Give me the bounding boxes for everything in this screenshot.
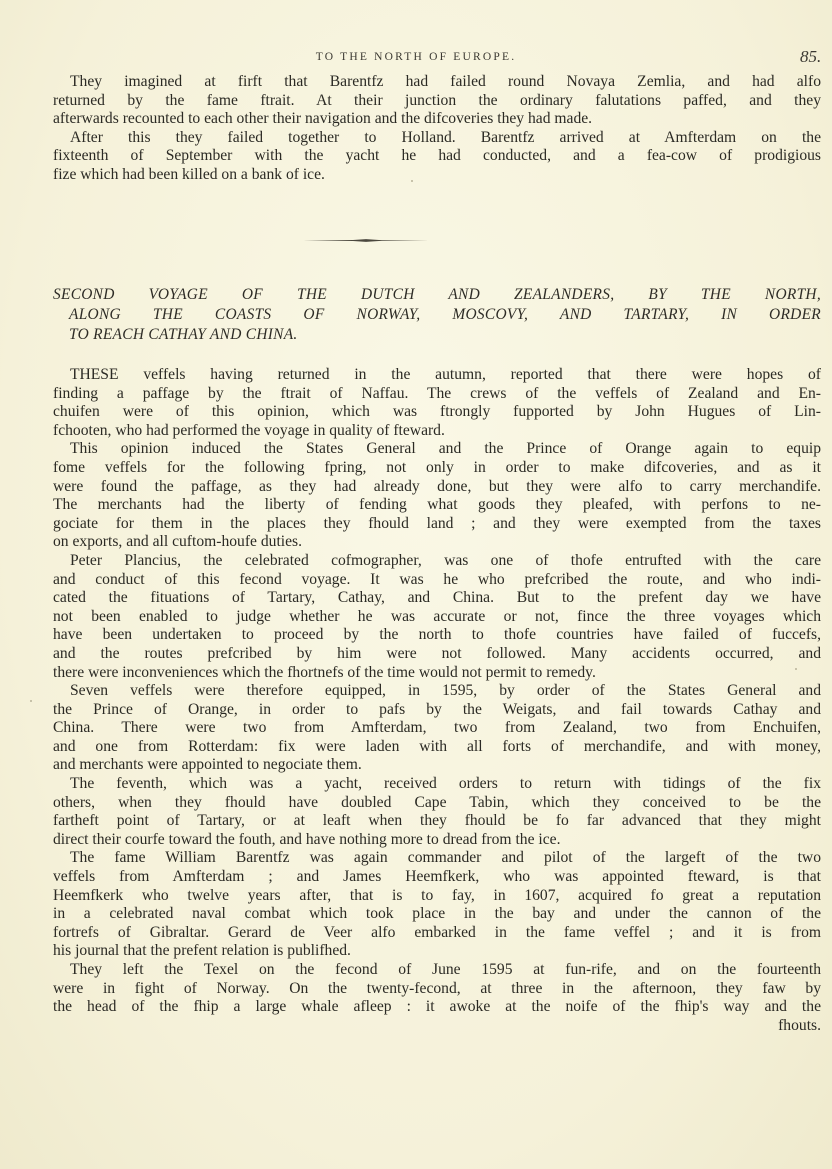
- heading-line: SECOND VOYAGE OF THE DUTCH AND ZEALANDER…: [53, 285, 821, 305]
- text-line: and one from Rotterdam: fix were laden w…: [53, 738, 821, 757]
- paper-speck: [795, 668, 797, 670]
- text-line: veffels from Amfterdam ; and James Heemf…: [53, 868, 821, 887]
- text-line: others, when they fhould have doubled Ca…: [53, 794, 821, 813]
- text-line: the Prince of Orange, in order to pafs b…: [53, 701, 821, 720]
- text-line: Seven veffels were therefore equipped, i…: [53, 682, 821, 701]
- text-line: in a celebrated naval combat which took …: [53, 905, 821, 924]
- text-line: afterwards recounted to each other their…: [53, 110, 821, 129]
- book-page: TO THE NORTH OF EUROPE. 85. They imagine…: [0, 0, 832, 1169]
- text-line: fchooten, who had performed the voyage i…: [53, 422, 821, 441]
- text-line: fortrefs of Gibraltar. Gerard de Veer al…: [53, 924, 821, 943]
- text-line: and conduct of this fecond voyage. It wa…: [53, 571, 821, 590]
- heading-line: ALONG THE COASTS OF NORWAY, MOSCOVY, AND…: [53, 305, 821, 325]
- paper-speck: [411, 180, 413, 182]
- text-line: chuifen were of this opinion, which was …: [53, 403, 821, 422]
- section-heading: SECOND VOYAGE OF THE DUTCH AND ZEALANDER…: [53, 285, 821, 345]
- text-line: gociate for them in the places they fhou…: [53, 515, 821, 534]
- text-line: This opinion induced the States General …: [53, 440, 821, 459]
- text-line: there were inconveniences which the fhor…: [53, 664, 821, 683]
- paper-speck: [30, 700, 32, 702]
- text-line: not been enabled to judge whether he was…: [53, 608, 821, 627]
- text-line: fize which had been killed on a bank of …: [53, 166, 821, 185]
- text-line: THESE veffels having returned in the aut…: [53, 366, 821, 385]
- text-line: Heemfkerk who twelve years after, that i…: [53, 887, 821, 906]
- text-line: have been undertaken to proceed by the n…: [53, 626, 821, 645]
- text-line: They left the Texel on the fecond of Jun…: [53, 961, 821, 980]
- text-line: returned by the fame ftrait. At their ju…: [53, 92, 821, 111]
- text-line: The fame William Barentfz was again comm…: [53, 849, 821, 868]
- text-line: were found the paffage, as they had alre…: [53, 478, 821, 497]
- text-line: on exports, and all cuftom-houfe duties.: [53, 533, 821, 552]
- ornamental-rule-icon: [303, 239, 429, 242]
- heading-line: TO REACH CATHAY AND CHINA.: [53, 325, 821, 345]
- text-line: and the routes prefcribed by him were no…: [53, 645, 821, 664]
- running-head: TO THE NORTH OF EUROPE.: [0, 51, 832, 63]
- text-line: The merchants had the liberty of fending…: [53, 496, 821, 515]
- text-line: cated the fituations of Tartary, Cathay,…: [53, 589, 821, 608]
- text-line: were in fight of Norway. On the twenty-f…: [53, 980, 821, 999]
- text-line: Peter Plancius, the celebrated cofmograp…: [53, 552, 821, 571]
- opening-paragraphs: They imagined at firft that Barentfz had…: [53, 73, 821, 185]
- text-line: China. There were two from Amfterdam, tw…: [53, 719, 821, 738]
- text-line: fome veffels for the following fpring, n…: [53, 459, 821, 478]
- catchword: fhouts.: [53, 1017, 821, 1036]
- text-line: the head of the fhip a large whale aflee…: [53, 998, 821, 1017]
- text-line: his journal that the prefent relation is…: [53, 942, 821, 961]
- body-text: THESE veffels having returned in the aut…: [53, 366, 821, 1035]
- text-line: fixteenth of September with the yacht he…: [53, 147, 821, 166]
- page-number: 85.: [800, 47, 821, 67]
- text-line: and merchants were appointed to negociat…: [53, 756, 821, 775]
- text-line: After this they failed together to Holla…: [53, 129, 821, 148]
- paper-speck: [812, 310, 814, 312]
- text-line: They imagined at firft that Barentfz had…: [53, 73, 821, 92]
- text-line: finding a paffage by the ftrait of Naffa…: [53, 385, 821, 404]
- text-line: The feventh, which was a yacht, received…: [53, 775, 821, 794]
- text-line: fartheft point of Tartary, or at leaft w…: [53, 812, 821, 831]
- text-line: direct their courfe toward the fouth, an…: [53, 831, 821, 850]
